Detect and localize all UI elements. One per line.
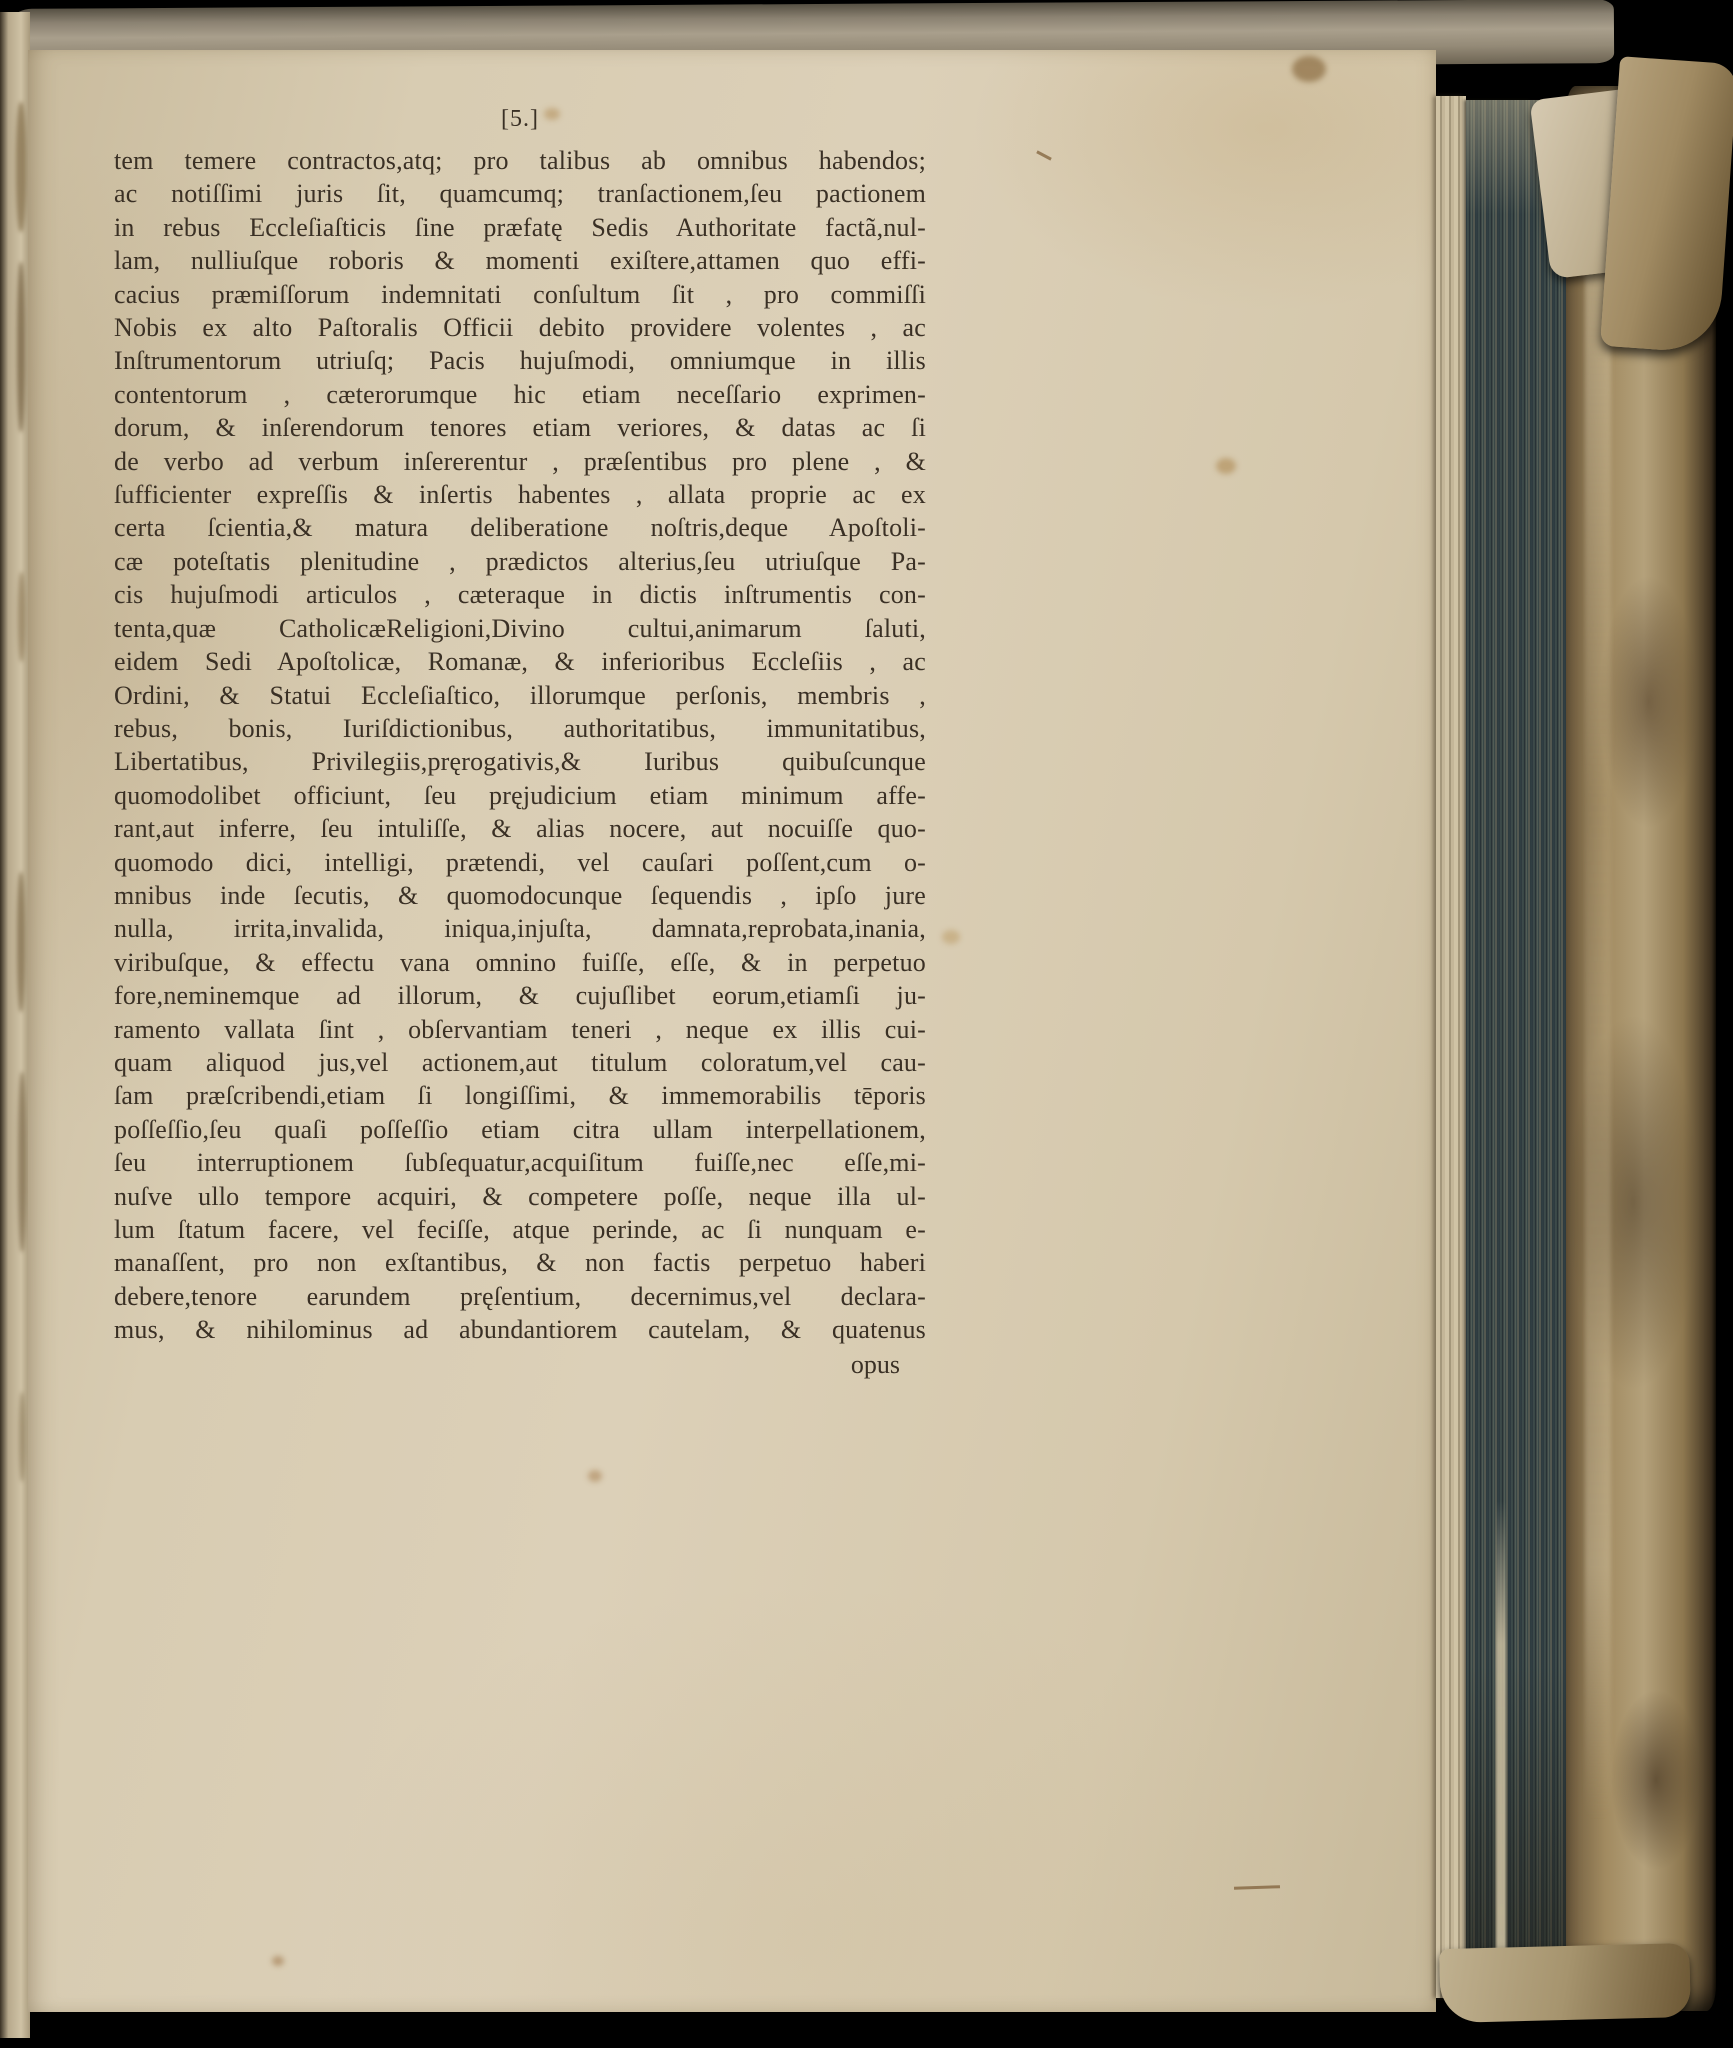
- page-edges-sliver: [1436, 96, 1466, 1998]
- book-page: [5.] tem temere contractos,atq; pro tali…: [28, 50, 1436, 2012]
- pen-mark: [1234, 1885, 1280, 1890]
- text-line: Nobis ex alto Paſtoralis Officii debito …: [114, 311, 926, 344]
- text-line: ſufficienter expreſſis & inſertis habent…: [114, 478, 926, 511]
- paper-stain: [544, 108, 560, 120]
- text-line: cis hujuſmodi articulos , cæteraque in d…: [114, 578, 926, 611]
- text-line: debere,tenore earundem pręſentium, decer…: [114, 1280, 926, 1313]
- gutter-stain: [16, 102, 26, 232]
- text-line: lam, nulliuſque roboris & momenti exiſte…: [114, 244, 926, 277]
- text-line: cacius præmiſſorum indemnitati conſultum…: [114, 278, 926, 311]
- vellum-highlight: [1585, 120, 1611, 1820]
- book-photo: [5.] tem temere contractos,atq; pro tali…: [0, 0, 1733, 2048]
- text-line: nulla, irrita,invalida, iniqua,injuſta, …: [114, 912, 926, 945]
- text-line: de verbo ad verbum inſererentur , præſen…: [114, 445, 926, 478]
- vellum-torn-corner: [1600, 56, 1733, 354]
- text-line: in rebus Eccleſiaſticis ſine præfatę Sed…: [114, 211, 926, 244]
- gutter-stain: [17, 872, 25, 1012]
- text-line: ſam præſcribendi,etiam ſi longiſſimi, & …: [114, 1079, 926, 1112]
- text-line: Inſtrumentorum utriuſq; Pacis hujuſmodi,…: [114, 344, 926, 377]
- gutter-page-edge: [0, 12, 30, 2038]
- text-line: nuſve ullo tempore acquiri, & competere …: [114, 1180, 926, 1213]
- catchword: opus: [114, 1347, 926, 1383]
- text-line: tenta,quæ CatholicæReligioni,Divino cult…: [114, 612, 926, 645]
- text-line: Ordini, & Statui Eccleſiaſtico, illorumq…: [114, 679, 926, 712]
- text-line: ſeu interruptionem ſubſequatur,acquiſitu…: [114, 1146, 926, 1179]
- text-line: quam aliquod jus,vel actionem,aut titulu…: [114, 1046, 926, 1079]
- vellum-tail: [1439, 1943, 1691, 2023]
- text-line: fore,neminemque ad illorum, & cujuſlibet…: [114, 979, 926, 1012]
- gutter-stain: [18, 572, 25, 662]
- text-line: quomodolibet officiunt, ſeu pręjudicium …: [114, 779, 926, 812]
- text-line: poſſeſſio,ſeu quaſi poſſeſſio etiam citr…: [114, 1113, 926, 1146]
- text-line: ac notiſſimi juris ſit, quamcumq; tranſa…: [114, 177, 926, 210]
- text-line: lum ſtatum facere, vel feciſſe, atque pe…: [114, 1213, 926, 1246]
- paper-stain: [1292, 56, 1326, 82]
- fore-edge-light-streak: [1496, 1500, 1506, 1980]
- text-line: ramento vallata ſint , obſervantiam tene…: [114, 1013, 926, 1046]
- text-block: tem temere contractos,atq; pro talibus a…: [114, 144, 926, 1347]
- text-line: tem temere contractos,atq; pro talibus a…: [114, 144, 926, 177]
- page-number: [5.]: [114, 102, 926, 136]
- text-line: quomodo dici, intelligi, prætendi, vel c…: [114, 846, 926, 879]
- paper-stain: [1216, 458, 1236, 474]
- text-line: contentorum , cæterorumque hic etiam nec…: [114, 378, 926, 411]
- paper-stain: [942, 930, 960, 944]
- gutter-stain: [19, 1392, 25, 1482]
- text-line: rant,aut inferre, ſeu intuliſſe, & alias…: [114, 812, 926, 845]
- text-line: Libertatibus, Privilegiis,pręrogativis,&…: [114, 745, 926, 778]
- text-line: dorum, & inſerendorum tenores etiam veri…: [114, 411, 926, 444]
- text-line: cæ poteſtatis plenitudine , prædictos al…: [114, 545, 926, 578]
- pen-mark: [1036, 150, 1052, 160]
- text-line: certa ſcientia,& matura deliberatione no…: [114, 511, 926, 544]
- paper-stain: [588, 1470, 602, 1482]
- text-line: manaſſent, pro non exſtantibus, & non fa…: [114, 1246, 926, 1279]
- gutter-stain: [17, 262, 25, 432]
- text-line: mus, & nihilominus ad abundantiorem caut…: [114, 1313, 926, 1346]
- fore-edge-text-block: [1466, 100, 1566, 2006]
- paper-stain: [272, 1956, 284, 1966]
- gutter-stain: [18, 1072, 26, 1252]
- text-line: eidem Sedi Apoſtolicæ, Romanæ, & inferio…: [114, 645, 926, 678]
- text-line: mnibus inde ſecutis, & quomodocunque ſeq…: [114, 879, 926, 912]
- text-line: rebus, bonis, Iuriſdictionibus, authorit…: [114, 712, 926, 745]
- text-line: viribuſque, & effectu vana omnino fuiſſe…: [114, 946, 926, 979]
